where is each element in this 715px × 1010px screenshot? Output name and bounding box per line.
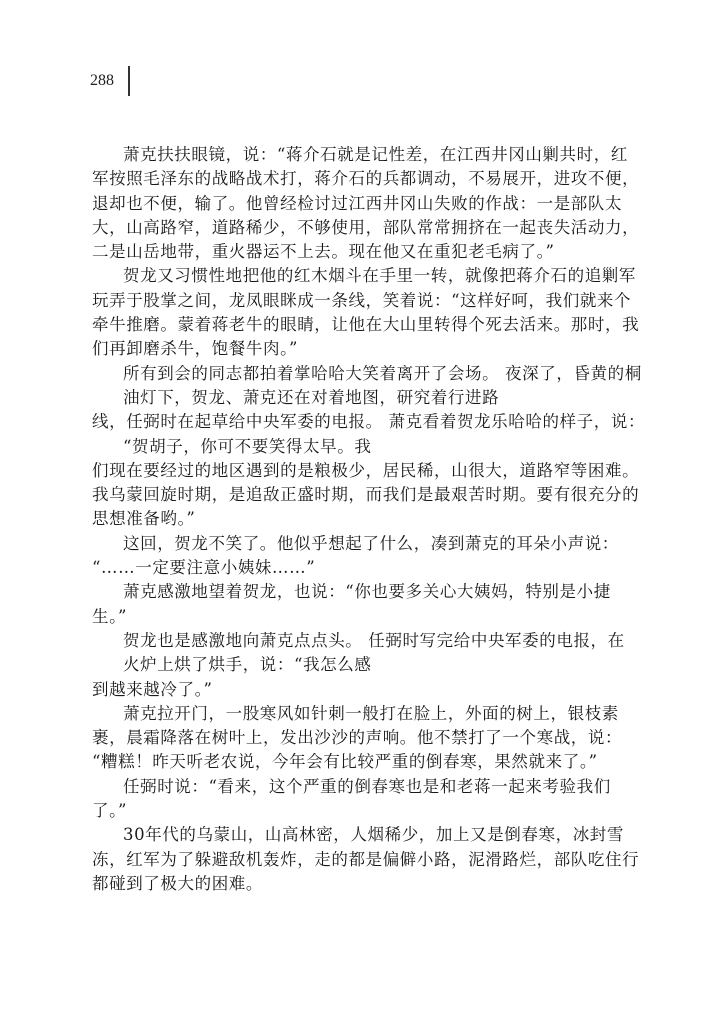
text-line: 了。” xyxy=(92,799,637,823)
text-line: 我乌蒙回旋时期，是追敌正盛时期，而我们是最艰苦时期。要有很充分的 xyxy=(92,483,637,507)
text-line: 火炉上烘了烘手，说：“我怎么感 xyxy=(92,653,637,677)
text-line: 线，任弼时在起草给中央军委的电报。 萧克看着贺龙乐哈哈的样子，说： xyxy=(92,410,637,434)
text-line: 冻，红军为了躲避敌机轰炸，走的都是偏僻小路，泥滑路烂，部队吃住行 xyxy=(92,848,637,872)
text-line: 萧克感激地望着贺龙，也说：“你也要多关心大姨妈，特别是小捷 xyxy=(92,580,637,604)
text-line: 贺龙也是感激地向萧克点点头。 任弼时写完给中央军委的电报，在 xyxy=(92,629,637,653)
text-line: 裹，晨霜降落在树叶上，发出沙沙的声响。他不禁打了一个寒战，说： xyxy=(92,726,637,750)
text-line: “……一定要注意小姨妹……” xyxy=(92,556,637,580)
header-rule xyxy=(128,66,130,96)
text-line: 所有到会的同志都拍着掌哈哈大笑着离开了会场。 夜深了，昏黄的桐 xyxy=(92,362,637,386)
text-line: 都碰到了极大的困难。 xyxy=(92,872,637,896)
text-line: 大，山高路窄，道路稀少，不够使用，部队常常拥挤在一起丧失活动力， xyxy=(92,216,637,240)
text-line: 思想准备哟。” xyxy=(92,507,637,531)
text-line: 玩弄于股掌之间，龙凤眼眯成一条线，笑着说：“这样好呵，我们就来个 xyxy=(92,289,637,313)
text-line: 牵牛推磨。蒙着蒋老牛的眼睛，让他在大山里转得个死去活来。那时，我 xyxy=(92,313,637,337)
text-line: 们再卸磨杀牛，饱餐牛肉。” xyxy=(92,337,637,361)
text-line: 生。” xyxy=(92,605,637,629)
text-line: 萧克扶扶眼镜，说：“蒋介石就是记性差，在江西井冈山剿共时，红 xyxy=(92,143,637,167)
text-line: 二是山岳地带，重火器运不上去。现在他又在重犯老毛病了。” xyxy=(92,240,637,264)
text-line: 萧克拉开门，一股寒风如针刺一般打在脸上，外面的树上，银枝素 xyxy=(92,702,637,726)
text-line: 军按照毛泽东的战略战术打，蒋介石的兵都调动，不易展开，进攻不便， xyxy=(92,167,637,191)
text-line: “糟糕！昨天听老农说，今年会有比较严重的倒春寒，果然就来了。” xyxy=(92,750,637,774)
text-line: 们现在要经过的地区遇到的是粮极少，居民稀，山很大，道路窄等困难。 xyxy=(92,459,637,483)
text-line: 油灯下，贺龙、萧克还在对着地图，研究着行进路 xyxy=(92,386,637,410)
page-number: 288 xyxy=(90,72,114,90)
text-line: 到越来越冷了。” xyxy=(92,678,637,702)
text-line: 这回，贺龙不笑了。他似乎想起了什么，凑到萧克的耳朵小声说： xyxy=(92,532,637,556)
text-line: 贺龙又习惯性地把他的红木烟斗在手里一转，就像把蒋介石的追剿军 xyxy=(92,264,637,288)
text-line: 任弼时说：“看来，这个严重的倒春寒也是和老蒋一起来考验我们 xyxy=(92,775,637,799)
text-line: “贺胡子，你可不要笑得太早。我 xyxy=(92,435,637,459)
body-text: 萧克扶扶眼镜，说：“蒋介石就是记性差，在江西井冈山剿共时，红军按照毛泽东的战略战… xyxy=(92,143,637,896)
text-line: 退却也不便，输了。他曾经检讨过江西井冈山失败的作战：一是部队太 xyxy=(92,192,637,216)
text-line: 30年代的乌蒙山，山高林密，人烟稀少，加上又是倒春寒，冰封雪 xyxy=(92,823,637,847)
